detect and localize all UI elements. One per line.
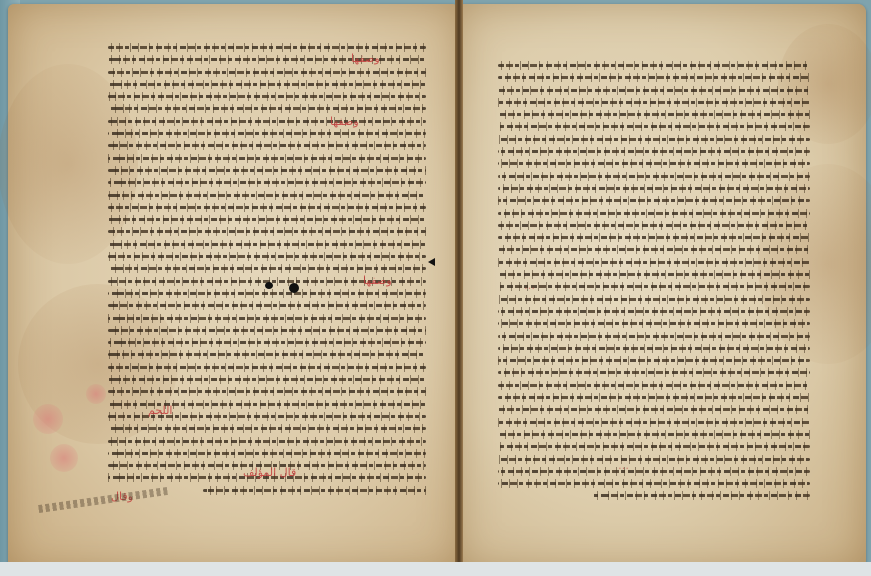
manuscript-line (498, 343, 810, 355)
manuscript-line (498, 281, 810, 293)
manuscript-line (108, 165, 426, 177)
background-bottom (0, 562, 871, 576)
manuscript-line (498, 85, 810, 97)
manuscript-line (108, 349, 426, 361)
rubric: … (618, 459, 629, 472)
manuscript-line (498, 171, 810, 183)
manuscript-line (498, 429, 810, 441)
manuscript-line (108, 226, 426, 238)
manuscript-line (498, 318, 810, 330)
manuscript-line (108, 423, 426, 435)
rubric: … (524, 279, 535, 292)
right-page: … … (458, 4, 866, 570)
manuscript-line (498, 121, 810, 133)
manuscript-line (108, 239, 426, 251)
manuscript-line (498, 208, 810, 220)
manuscript-line (498, 392, 810, 404)
manuscript-line (498, 367, 810, 379)
rubric: وصفها (363, 274, 392, 287)
manuscript-line (498, 454, 810, 466)
manuscript-line (498, 417, 810, 429)
manuscript-line (108, 436, 426, 448)
manuscript-line (498, 146, 810, 158)
manuscript-line (498, 60, 810, 72)
manuscript-line (498, 294, 810, 306)
manuscript-line (108, 190, 426, 202)
manuscript-line (498, 158, 810, 170)
ink-blot (289, 283, 299, 293)
manuscript-line (108, 140, 426, 152)
manuscript-line (498, 331, 810, 343)
arrow-marker-icon (428, 258, 435, 266)
manuscript-line (108, 153, 426, 165)
manuscript-line (108, 116, 426, 128)
manuscript-line (498, 355, 810, 367)
manuscript-line (108, 313, 426, 325)
manuscript-line (108, 214, 426, 226)
manuscript-line (498, 380, 810, 392)
manuscript-line (498, 441, 810, 453)
manuscript-line (498, 466, 810, 478)
pink-stain (50, 444, 78, 472)
manuscript-line (108, 337, 426, 349)
manuscript-line (108, 374, 426, 386)
pink-stain (33, 404, 63, 434)
rubric: وصفها (330, 115, 359, 128)
right-text-block (498, 60, 810, 503)
manuscript-line (108, 177, 426, 189)
manuscript-line (108, 79, 426, 91)
manuscript-line (108, 251, 426, 263)
rubric: اللحم (148, 404, 172, 417)
manuscript-line (108, 67, 426, 79)
manuscript-line (108, 325, 426, 337)
manuscript-line (498, 195, 810, 207)
manuscript-line (498, 109, 810, 121)
manuscript-line (108, 300, 426, 312)
manuscript-line (108, 91, 426, 103)
rubric: قال المؤلف (243, 466, 296, 479)
manuscript-line (108, 386, 426, 398)
pink-stain (86, 384, 106, 404)
manuscript-line (498, 257, 810, 269)
manuscript-line (108, 202, 426, 214)
margin-annotation (38, 487, 168, 513)
manuscript-line (108, 362, 426, 374)
manuscript-line (498, 490, 810, 502)
ink-blot (265, 282, 273, 289)
manuscript-line (108, 103, 426, 115)
manuscript-line (498, 306, 810, 318)
manuscript-line (108, 288, 426, 300)
manuscript-line (498, 244, 810, 256)
manuscript-line (498, 232, 810, 244)
manuscript-line (498, 134, 810, 146)
manuscript-line (498, 220, 810, 232)
manuscript-line (108, 128, 426, 140)
manuscript-line (498, 183, 810, 195)
left-page: وصفها وصفها وصفها اللحم قال المؤلف وقال (8, 4, 460, 570)
manuscript-line (498, 478, 810, 490)
manuscript-line (108, 448, 426, 460)
manuscript-line (498, 269, 810, 281)
rubric: وصفها (351, 52, 380, 65)
left-text-block (108, 42, 426, 497)
manuscript-line (498, 72, 810, 84)
manuscript-line (498, 97, 810, 109)
manuscript-line (498, 404, 810, 416)
book-gutter (455, 0, 463, 576)
